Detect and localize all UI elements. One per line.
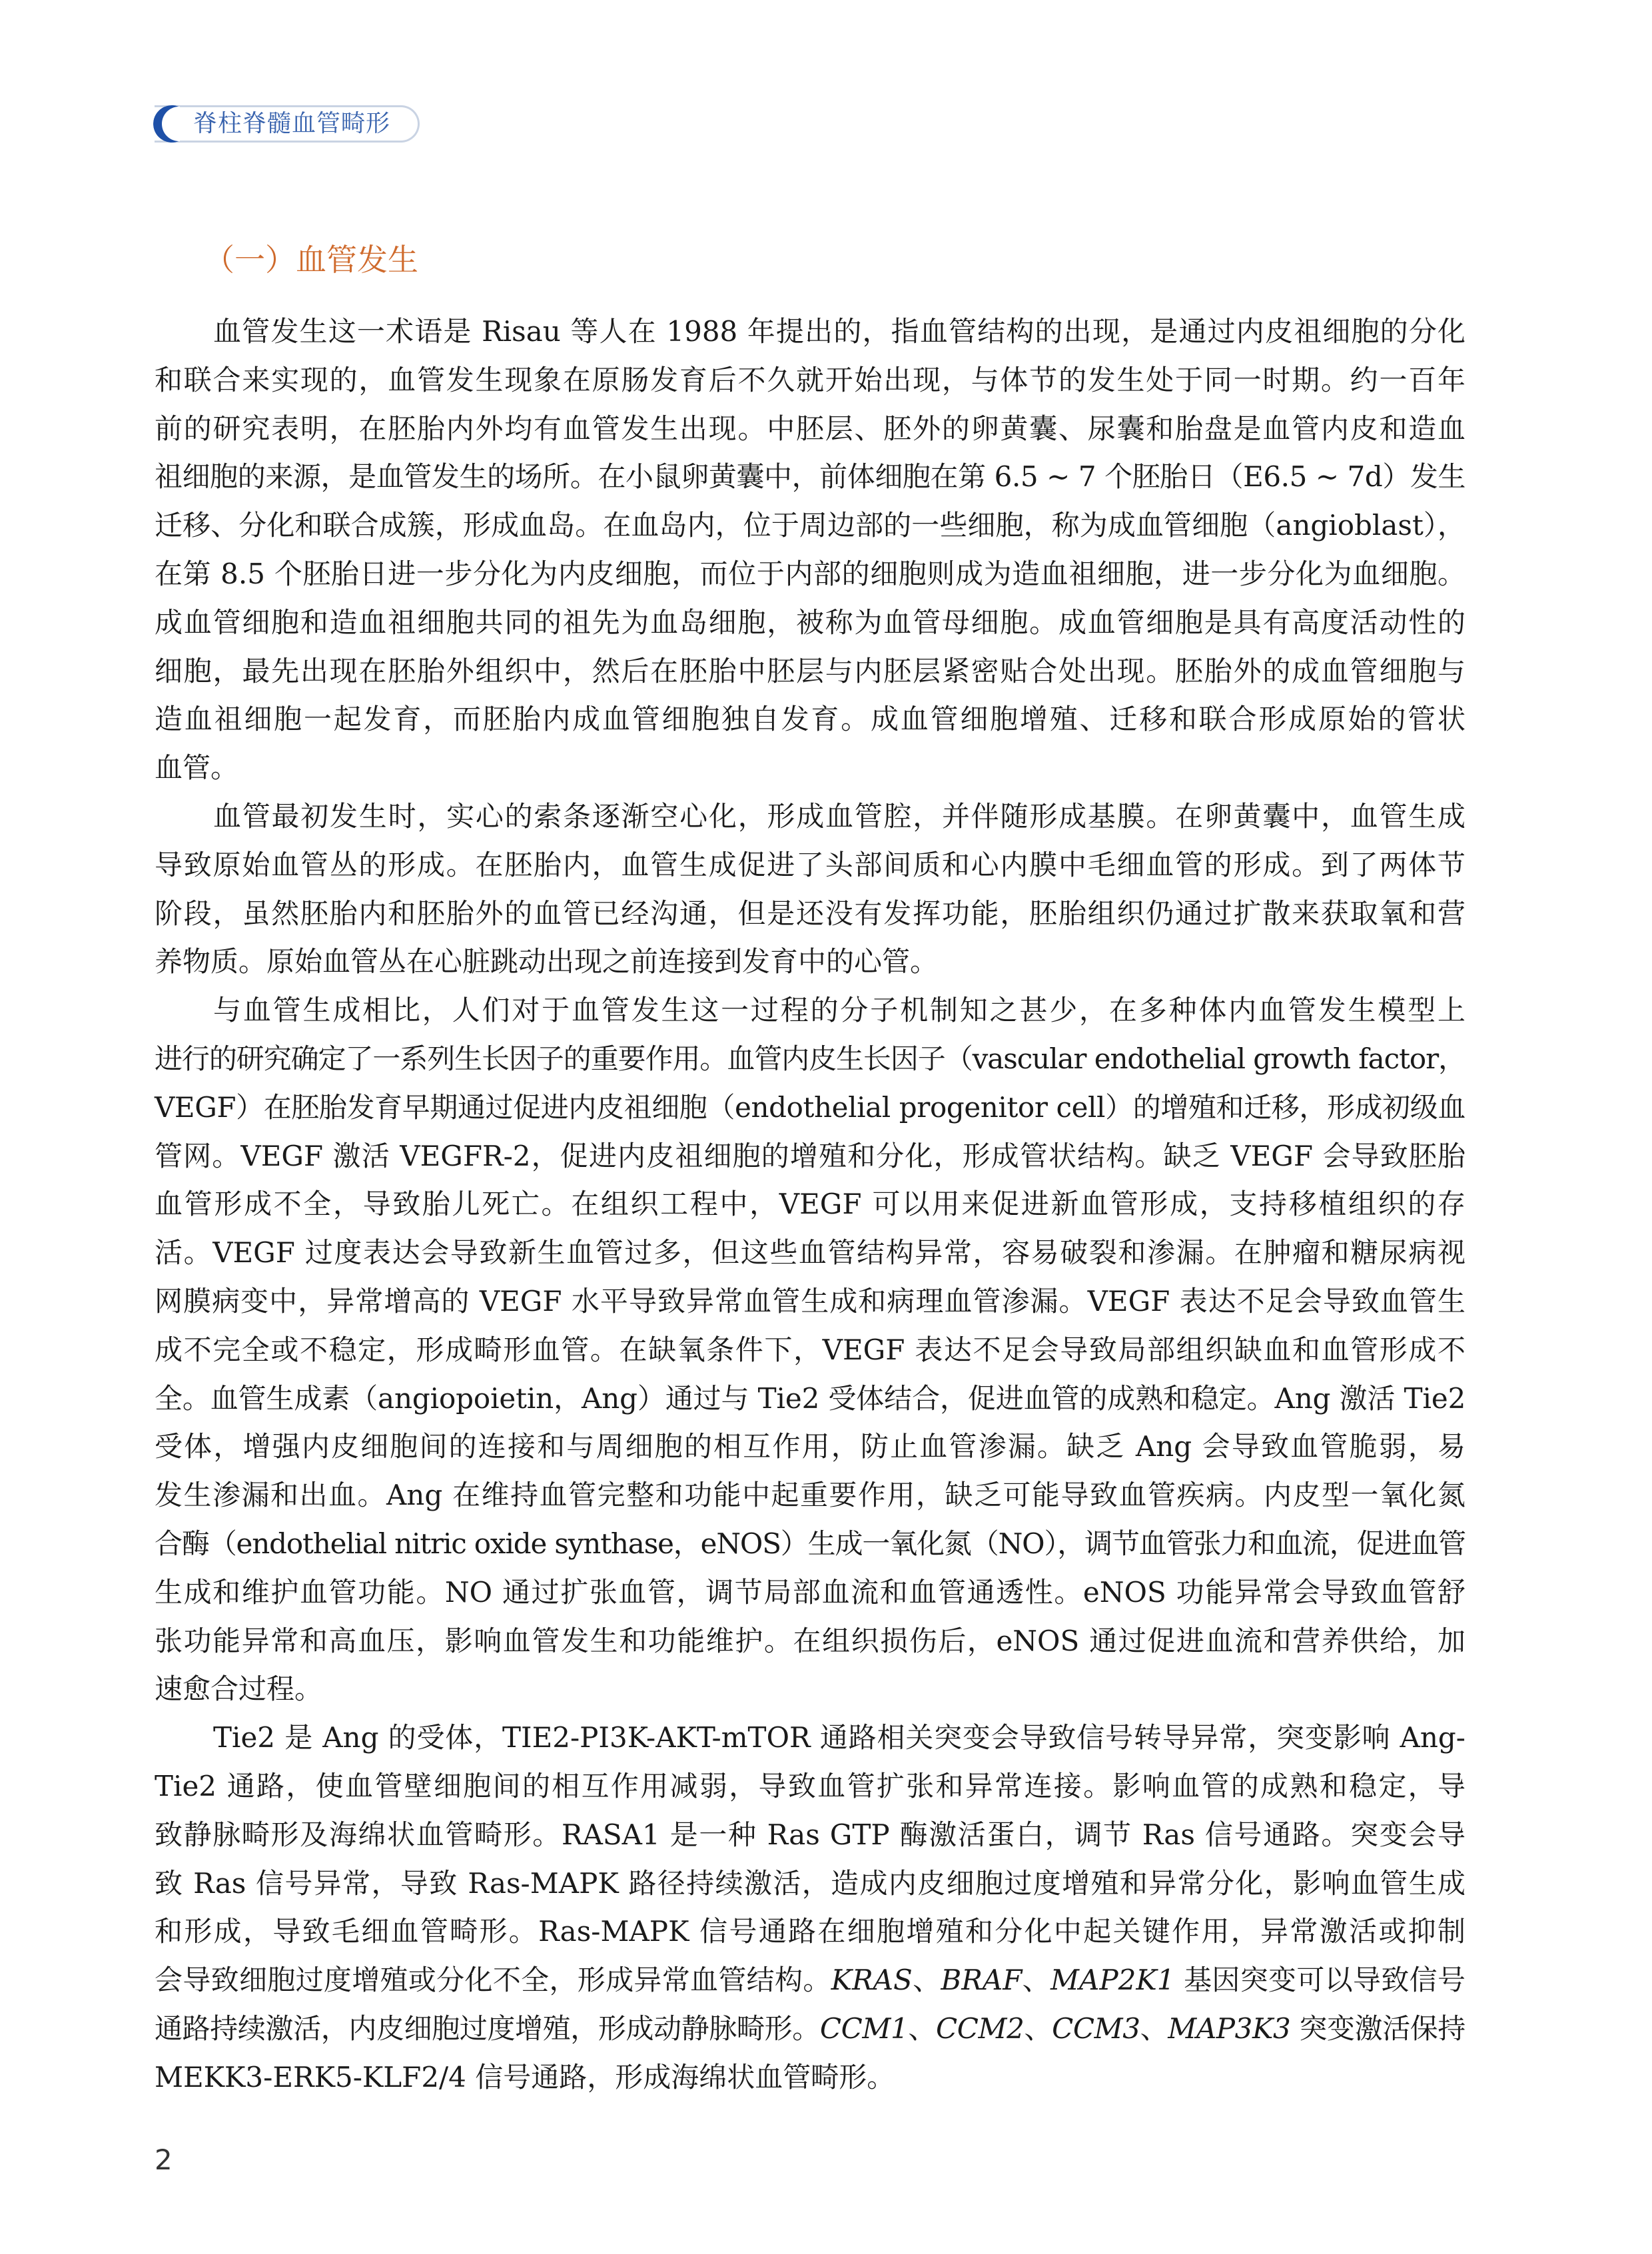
paragraph: 与血管生成相比，人们对于血管发生这一过程的分子机制知之甚少，在多种体内血管发生模… bbox=[155, 986, 1465, 1714]
paragraph: 血管发生这一术语是 Risau 等人在 1988 年提出的，指血管结构的出现，是… bbox=[155, 308, 1465, 793]
crescent-icon bbox=[153, 105, 180, 143]
text-line: 合酶（endothelial nitric oxide synthase，eNO… bbox=[155, 1520, 1465, 1569]
gene-name: MAP3K3 bbox=[1168, 2012, 1290, 2045]
text-line: 成血管细胞和造血祖细胞共同的祖先为血岛细胞，被称为血管母细胞。成血管细胞是具有高… bbox=[155, 599, 1465, 647]
gene-name: BRAF bbox=[941, 1964, 1022, 1996]
text-segment: 、 bbox=[913, 1964, 941, 1996]
paragraph: Tie2 是 Ang 的受体，TIE2-PI3K-AKT-mTOR 通路相关突变… bbox=[155, 1714, 1465, 2101]
text-line: MEKK3-ERK5-KLF2/4 信号通路，形成海绵状血管畸形。 bbox=[155, 2054, 1465, 2102]
text-line: 前的研究表明，在胚胎内外均有血管发生出现。中胚层、胚外的卵黄囊、尿囊和胎盘是血管… bbox=[155, 405, 1465, 454]
text-line: 细胞，最先出现在胚胎外组织中，然后在胚胎中胚层与内胚层紧密贴合处出现。胚胎外的成… bbox=[155, 647, 1465, 696]
text-line: 成不完全或不稳定，形成畸形血管。在缺氧条件下，VEGF 表达不足会导致局部组织缺… bbox=[155, 1326, 1465, 1375]
text-line-with-gene-names: 会导致细胞过度增殖或分化不全，形成异常血管结构。KRAS、BRAF、MAP2K1… bbox=[155, 1956, 1465, 2005]
text-line: 致静脉畸形及海绵状血管畸形。RASA1 是一种 Ras GTP 酶激活蛋白，调节… bbox=[155, 1811, 1465, 1860]
text-line: 生成和维护血管功能。NO 通过扩张血管，调节局部血流和血管通透性。eNOS 功能… bbox=[155, 1569, 1465, 1617]
running-head: 脊柱脊髓血管畸形 bbox=[155, 105, 420, 143]
gene-name: KRAS bbox=[831, 1964, 913, 1996]
gene-name: MAP2K1 bbox=[1050, 1964, 1174, 1996]
text-line: 张功能异常和高血压，影响血管发生和功能维护。在组织损伤后，eNOS 通过促进血流… bbox=[155, 1617, 1465, 1666]
text-segment: 会导致细胞过度增殖或分化不全，形成异常血管结构。 bbox=[155, 1964, 831, 1996]
text-line: 和形成，导致毛细血管畸形。Ras-MAPK 信号通路在细胞增殖和分化中起关键作用… bbox=[155, 1908, 1465, 1956]
text-line-with-gene-names: 通路持续激活，内皮细胞过度增殖，形成动静脉畸形。CCM1、CCM2、CCM3、M… bbox=[155, 2005, 1465, 2054]
text-line: 致 Ras 信号异常，导致 Ras-MAPK 路径持续激活，造成内皮细胞过度增殖… bbox=[155, 1860, 1465, 1908]
text-line: 血管形成不全，导致胎儿死亡。在组织工程中，VEGF 可以用来促进新血管形成，支持… bbox=[155, 1180, 1465, 1229]
text-segment: 、 bbox=[1024, 2012, 1052, 2045]
page-number: 2 bbox=[155, 2146, 173, 2174]
text-line: 发生渗漏和出血。Ang 在维持血管完整和功能中起重要作用，缺乏可能导致血管疾病。… bbox=[155, 1471, 1465, 1520]
text-line: 导致原始血管丛的形成。在胚胎内，血管生成促进了头部间质和心内膜中毛细血管的形成。… bbox=[155, 841, 1465, 890]
text-segment: 通路持续激活，内皮细胞过度增殖，形成动静脉畸形。 bbox=[155, 2012, 820, 2045]
text-line: 活。VEGF 过度表达会导致新生血管过多，但这些血管结构异常，容易破裂和渗漏。在… bbox=[155, 1229, 1465, 1278]
text-line: 血管最初发生时，实心的索条逐渐空心化，形成血管腔，并伴随形成基膜。在卵黄囊中，血… bbox=[155, 793, 1465, 841]
text-line: 养物质。原始血管丛在心脏跳动出现之前连接到发育中的心管。 bbox=[155, 938, 1465, 986]
text-line: 在第 8.5 个胚胎日进一步分化为内皮细胞，而位于内部的细胞则成为造血祖细胞，进… bbox=[155, 550, 1465, 599]
text-segment: 突变激活保持 bbox=[1290, 2012, 1465, 2045]
gene-name: CCM2 bbox=[936, 2012, 1024, 2045]
text-line: 速愈合过程。 bbox=[155, 1665, 1465, 1714]
text-line: 网膜病变中，异常增高的 VEGF 水平导致异常血管生成和病理血管渗漏。VEGF … bbox=[155, 1278, 1465, 1326]
text-line: 管网。VEGF 激活 VEGFR-2，促进内皮祖细胞的增殖和分化，形成管状结构。… bbox=[155, 1132, 1465, 1181]
section-heading: （一）血管发生 bbox=[204, 240, 418, 280]
text-line: 造血祖细胞一起发育，而胚胎内成血管细胞独自发育。成血管细胞增殖、迁移和联合形成原… bbox=[155, 695, 1465, 744]
text-segment: 、 bbox=[908, 2012, 936, 2045]
text-segment: 、 bbox=[1140, 2012, 1168, 2045]
text-line: Tie2 通路，使血管壁细胞间的相互作用减弱，导致血管扩张和异常连接。影响血管的… bbox=[155, 1762, 1465, 1811]
text-segment: 基因突变可以导致信号 bbox=[1174, 1964, 1465, 1996]
text-line: Tie2 是 Ang 的受体，TIE2-PI3K-AKT-mTOR 通路相关突变… bbox=[155, 1714, 1465, 1762]
text-line: 进行的研究确定了一系列生长因子的重要作用。血管内皮生长因子（vascular e… bbox=[155, 1035, 1465, 1084]
gene-name: CCM1 bbox=[820, 2012, 908, 2045]
paragraph: 血管最初发生时，实心的索条逐渐空心化，形成血管腔，并伴随形成基膜。在卵黄囊中，血… bbox=[155, 793, 1465, 986]
text-line: 血管。 bbox=[155, 744, 1465, 793]
body-text: 血管发生这一术语是 Risau 等人在 1988 年提出的，指血管结构的出现，是… bbox=[155, 308, 1465, 2101]
text-line: 血管发生这一术语是 Risau 等人在 1988 年提出的，指血管结构的出现，是… bbox=[155, 308, 1465, 356]
text-line: 阶段，虽然胚胎内和胚胎外的血管已经沟通，但是还没有发挥功能，胚胎组织仍通过扩散来… bbox=[155, 890, 1465, 939]
text-line: 与血管生成相比，人们对于血管发生这一过程的分子机制知之甚少，在多种体内血管发生模… bbox=[155, 986, 1465, 1035]
text-line: 受体，增强内皮细胞间的连接和与周细胞的相互作用，防止血管渗漏。缺乏 Ang 会导… bbox=[155, 1423, 1465, 1471]
gene-name: CCM3 bbox=[1052, 2012, 1140, 2045]
text-line: 迁移、分化和联合成簇，形成血岛。在血岛内，位于周边部的一些细胞，称为成血管细胞（… bbox=[155, 502, 1465, 550]
text-line: VEGF）在胚胎发育早期通过促进内皮祖细胞（endothelial progen… bbox=[155, 1084, 1465, 1132]
text-line: 祖细胞的来源，是血管发生的场所。在小鼠卵黄囊中，前体细胞在第 6.5 ~ 7 个… bbox=[155, 453, 1465, 502]
text-line: 和联合来实现的，血管发生现象在原肠发育后不久就开始出现，与体节的发生处于同一时期… bbox=[155, 356, 1465, 405]
text-segment: 、 bbox=[1022, 1964, 1050, 1996]
running-head-title: 脊柱脊髓血管畸形 bbox=[193, 107, 390, 141]
text-line: 全。血管生成素（angiopoietin，Ang）通过与 Tie2 受体结合，促… bbox=[155, 1375, 1465, 1423]
